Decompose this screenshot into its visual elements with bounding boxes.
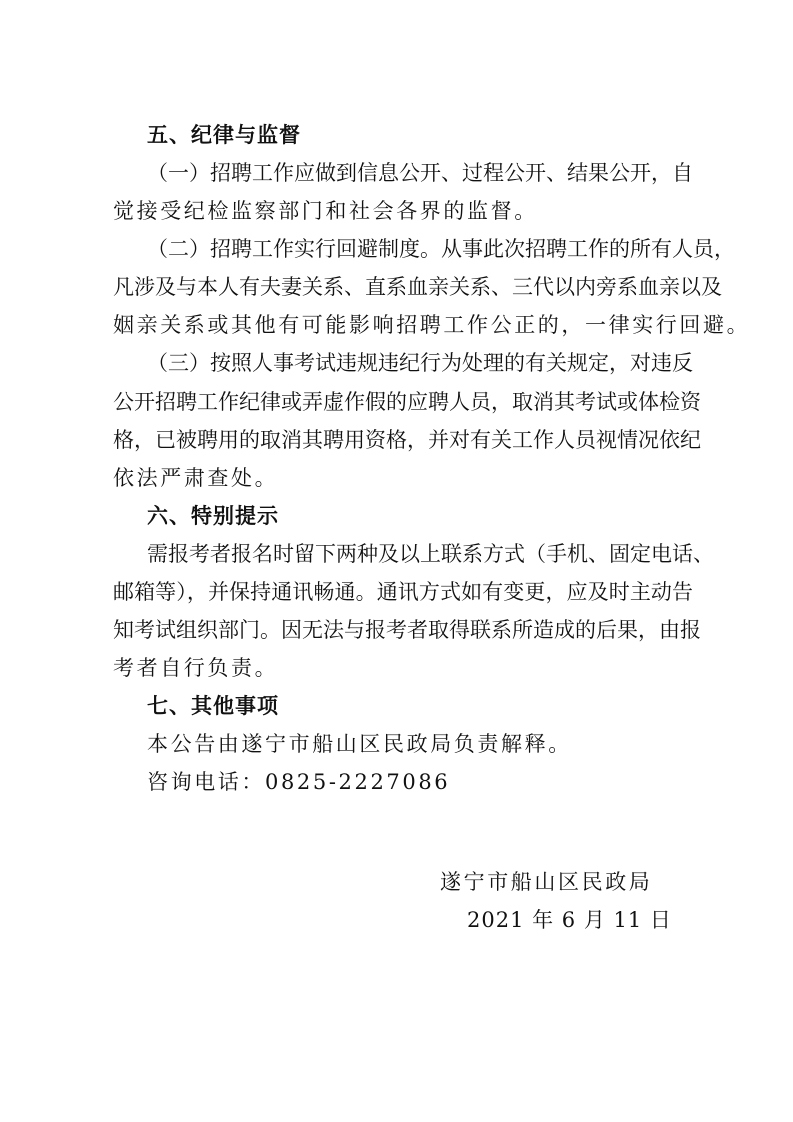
section-heading-other-matters: 七、其他事项 [147, 691, 727, 721]
paragraph-line: （一）招聘工作应做到信息公开、过程公开、结果公开，自 [147, 158, 693, 188]
paragraph-line: 依法严肃查处。 [113, 463, 693, 493]
signature-date: 2021 年 6 月 11 日 [467, 905, 672, 935]
signature-org: 遂宁市船山区民政局 [440, 867, 652, 897]
paragraph-line: 姻亲关系或其他有可能影响招聘工作公正的，一律实行回避。 [113, 310, 693, 340]
paragraph-line: 考者自行负责。 [113, 653, 693, 683]
paragraph-line: 凡涉及与本人有夫妻关系、直系血亲关系、三代以内旁系血亲以及 [113, 272, 693, 302]
paragraph-line: 觉接受纪检监察部门和社会各界的监督。 [113, 196, 693, 226]
section-heading-special-notice: 六、特别提示 [147, 501, 727, 531]
contact-phone: 咨询电话：0825-2227086 [147, 767, 693, 797]
paragraph-line: （三）按照人事考试违规违纪行为处理的有关规定，对违反 [147, 348, 693, 378]
paragraph-line: 格，已被聘用的取消其聘用资格，并对有关工作人员视情况依纪 [113, 425, 693, 455]
paragraph-line: 本公告由遂宁市船山区民政局负责解释。 [147, 729, 693, 759]
paragraph-line: 需报考者报名时留下两种及以上联系方式（手机、固定电话、 [147, 539, 693, 569]
paragraph-line: 公开招聘工作纪律或弄虚作假的应聘人员，取消其考试或体检资 [113, 387, 693, 417]
paragraph-line: 知考试组织部门。因无法与报考者取得联系所造成的后果，由报 [113, 615, 693, 645]
section-heading-discipline: 五、纪律与监督 [147, 120, 727, 150]
paragraph-line: （二）招聘工作实行回避制度。从事此次招聘工作的所有人员， [147, 234, 693, 264]
paragraph-line: 邮箱等），并保持通讯畅通。通讯方式如有变更，应及时主动告 [113, 577, 693, 607]
